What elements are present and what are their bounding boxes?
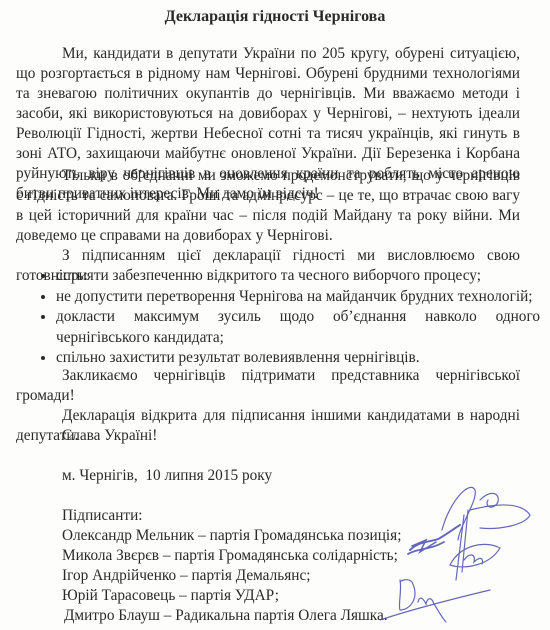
signers-label: Підписанти: (62, 507, 143, 525)
signer-line: Юрій Тарасовець – партія УДАР; (62, 587, 279, 605)
paragraph-2: Тільки в об’єднанні ми зможемо продемонс… (16, 166, 520, 246)
handwritten-signatures (380, 470, 550, 630)
commitments-list: сприяти забезпеченню відкритого та чесно… (36, 266, 540, 369)
slava-text: Слава Україні! (62, 427, 157, 445)
signer-line: Микола Звєрєв – партія Громадянська солі… (62, 547, 398, 565)
document-title: Декларація гідності Чернігова (0, 8, 550, 26)
list-item: докласти максимум зусиль щодо об’єднання… (56, 307, 540, 348)
signer-line: Ігор Андрійченко – партія Демальянс; (62, 567, 310, 585)
place-date: м. Чернігів, 10 липня 2015 року (62, 467, 272, 485)
signer-line: Дмитро Блауш – Радикальна партія Олега Л… (64, 607, 388, 625)
signer-line: Олександр Мельник – партія Громадянська … (62, 527, 401, 545)
paragraph-2-text: Тільки в об’єднанні ми зможемо продемонс… (16, 166, 520, 246)
list-item: не допустити перетворення Чернігова на м… (56, 287, 540, 308)
appeal-text: Закликаємо чернігівців підтримати предст… (16, 366, 520, 406)
list-item: сприяти забезпеченню відкритого та чесно… (56, 266, 540, 287)
